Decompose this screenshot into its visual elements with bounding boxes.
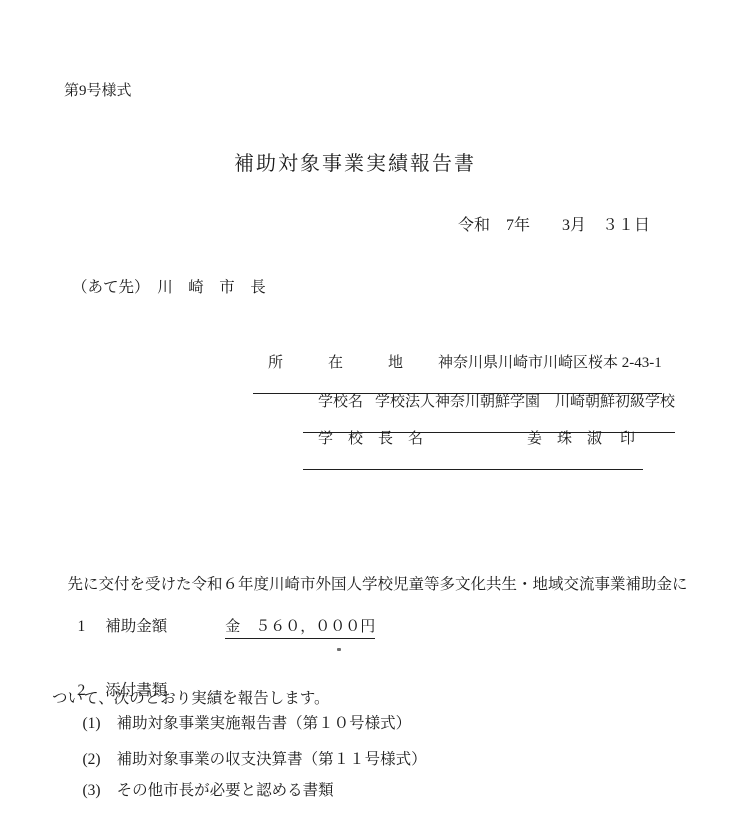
subsidy-label: 補助金額 [105, 618, 167, 635]
address-label: 所 在 地 [268, 355, 403, 371]
form-number: 第9号様式 [64, 79, 132, 100]
subsidy-item-number: 1 [78, 618, 86, 635]
principal-name: 姜 珠 淑 [527, 431, 602, 447]
addressee: （あて先） 川 崎 市 長 [72, 275, 266, 297]
scan-speck [337, 648, 341, 651]
attachment-item: (3)その他市長が必要と認める書類 [67, 760, 334, 818]
document-date: 令和 7年 3月 ３１日 [458, 212, 650, 235]
principal-row: 学 校 長 名姜 珠 淑印 [303, 410, 643, 470]
school-value: 学校法人神奈川朝鮮学園 川崎朝鮮初級学校 [375, 394, 675, 410]
address-value: 神奈川県川崎市川崎区桜本 2-43-1 [438, 355, 662, 371]
document-title: 補助対象事業実績報告書 [0, 147, 730, 176]
attachment-item-text: その他市長が必要と認める書類 [117, 782, 334, 799]
attachment-item-number: (3) [83, 782, 101, 799]
principal-label: 学 校 長 名 [318, 431, 423, 447]
school-label: 学校名 [318, 394, 363, 410]
subsidy-amount-row: 1補助金額金 ５６０，０００円 [62, 596, 375, 654]
subsidy-amount: 金 ５６０，０００円 [225, 619, 375, 639]
seal-mark: 印 [620, 431, 635, 447]
document-page: 第9号様式 補助対象事業実績報告書 令和 7年 3月 ３１日 （あて先） 川 崎… [0, 0, 730, 828]
